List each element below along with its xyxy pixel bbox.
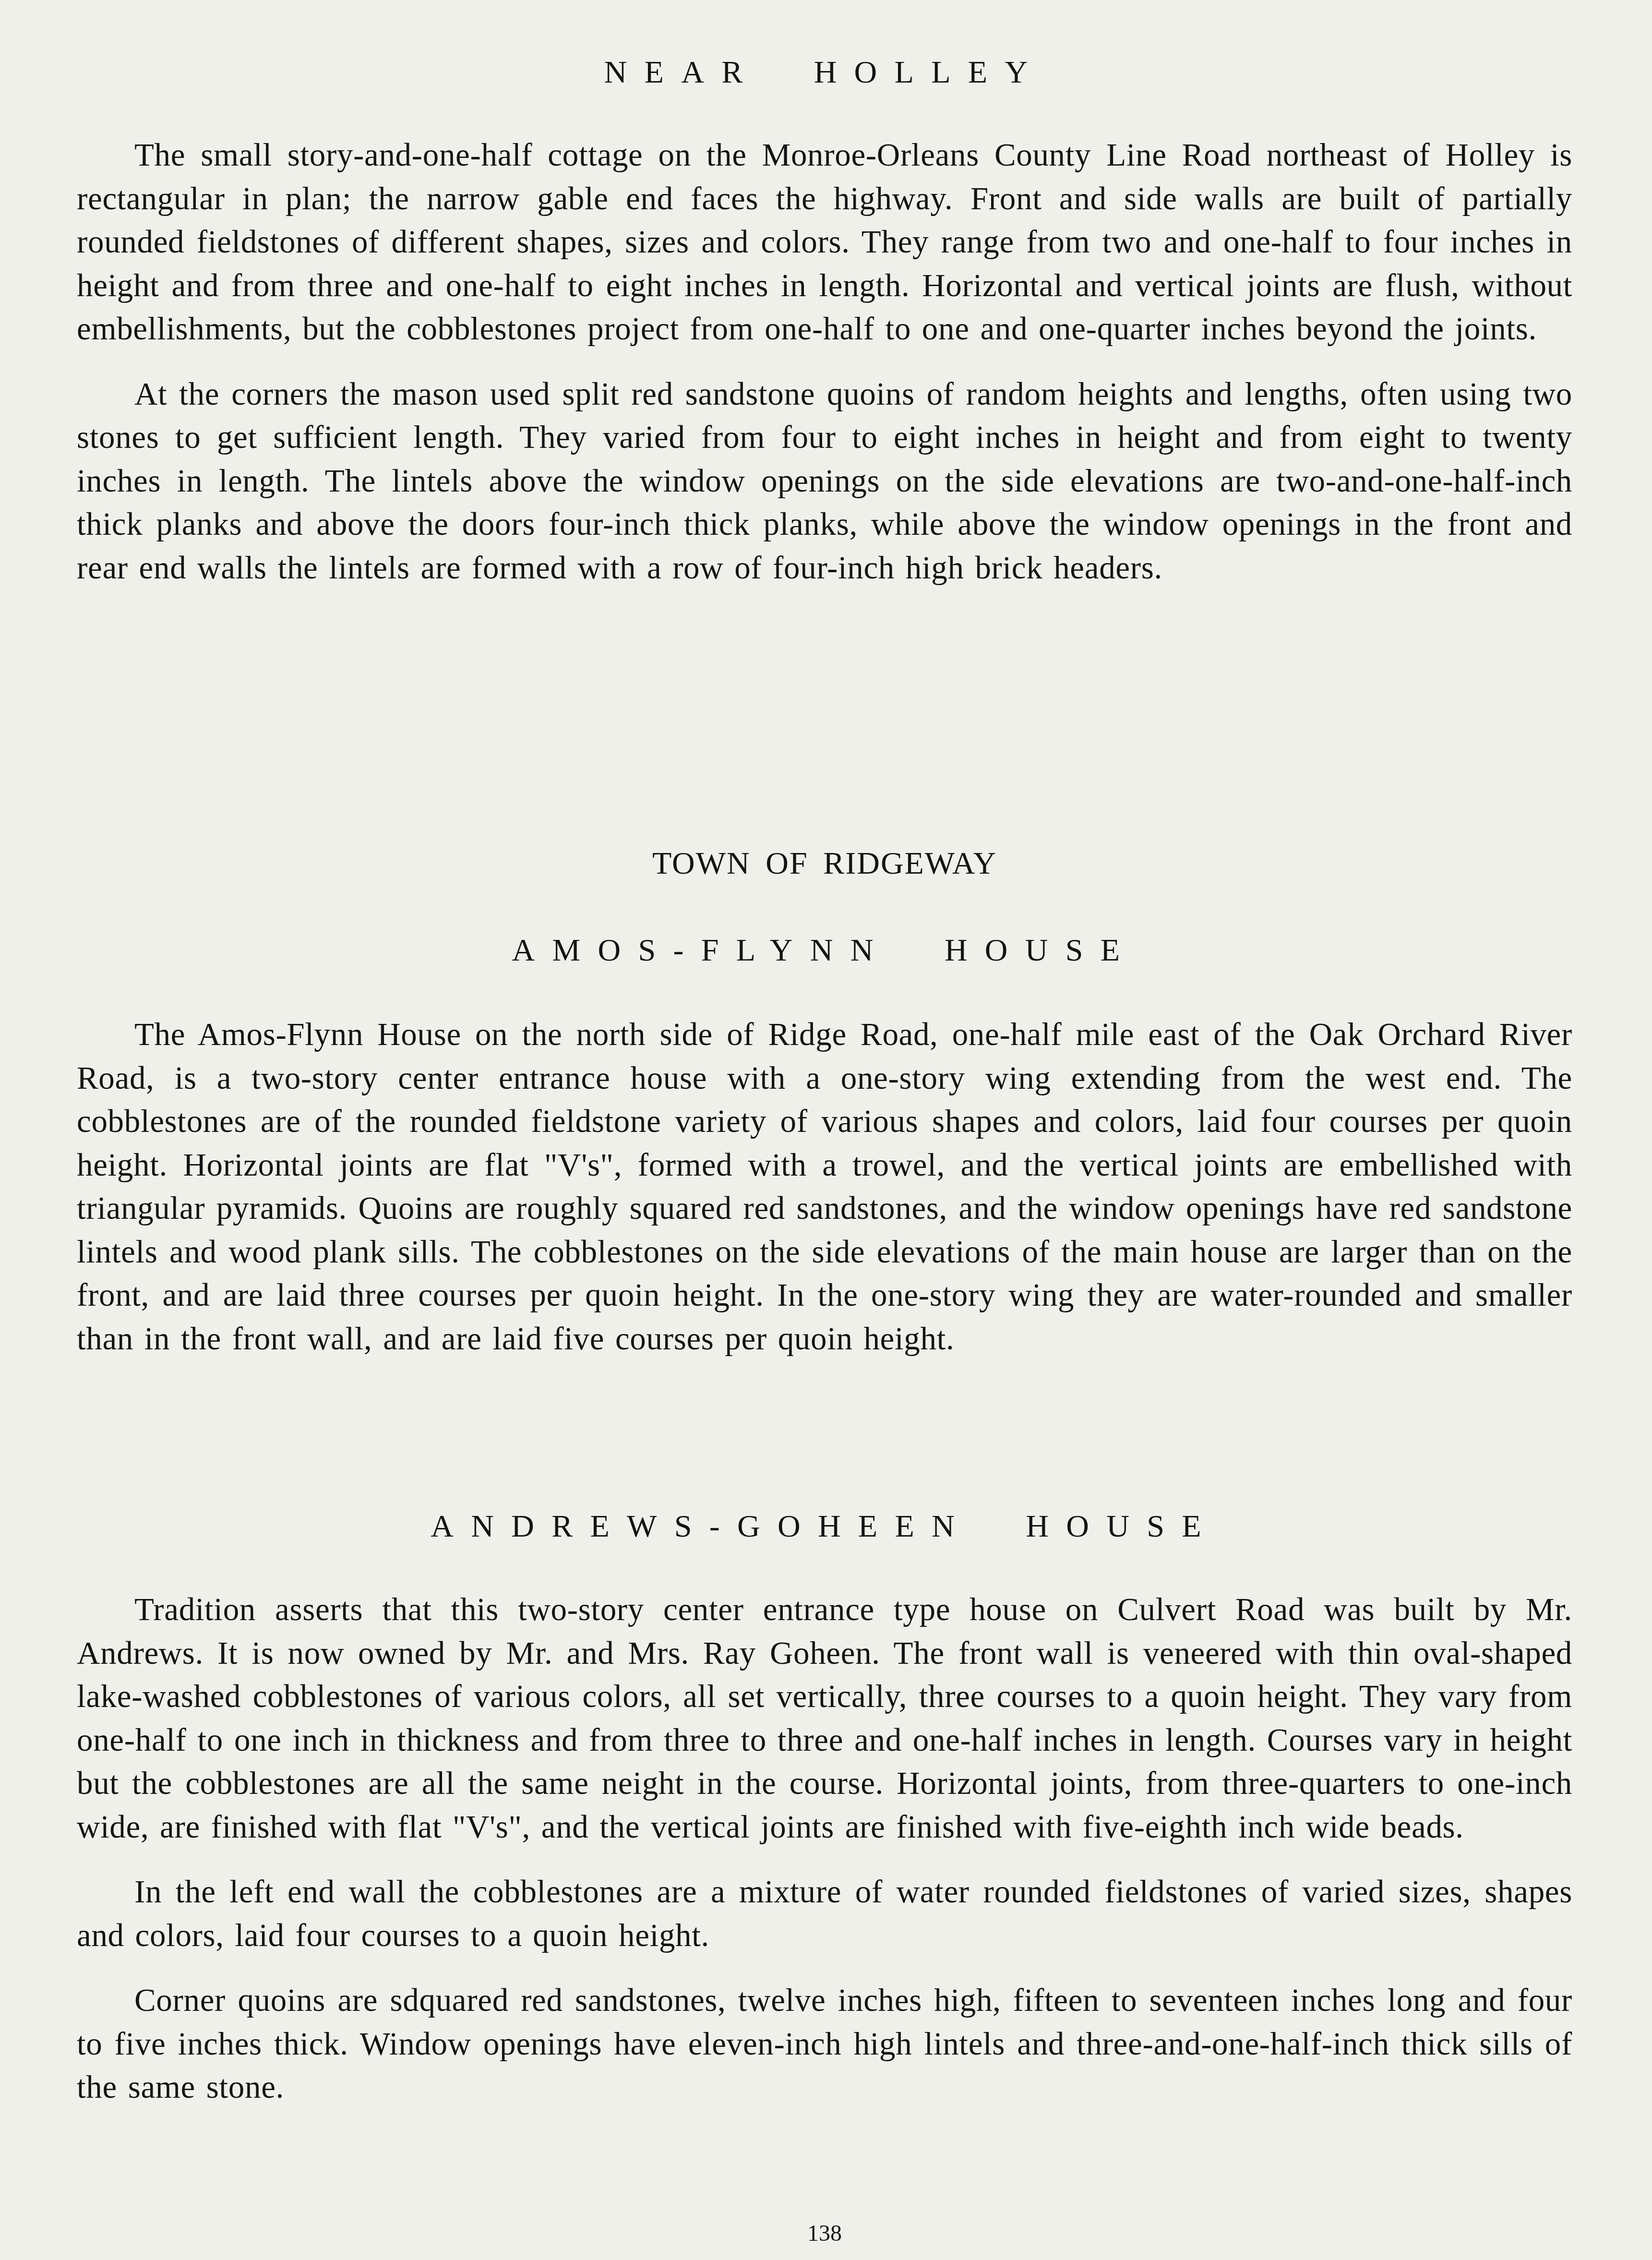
section-heading-andrews-goheen: ANDREWS-GOHEEN HOUSE <box>77 1511 1572 1542</box>
paragraph: At the corners the mason used split red … <box>77 373 1572 590</box>
section-amos-flynn: The Amos-Flynn House on the north side o… <box>77 1013 1572 1360</box>
paragraph: Corner quoins are sdquared red sandstone… <box>77 1979 1572 2109</box>
section-near-holley: The small story-and-one-half cottage on … <box>77 133 1572 589</box>
paragraph: The small story-and-one-half cottage on … <box>77 133 1572 351</box>
section-heading-near-holley: NEAR HOLLEY <box>77 57 1572 88</box>
section-andrews-goheen: Tradition asserts that this two-story ce… <box>77 1588 1572 2109</box>
paragraph: Tradition asserts that this two-story ce… <box>77 1588 1572 1849</box>
paragraph: The Amos-Flynn House on the north side o… <box>77 1013 1572 1360</box>
section-heading-amos-flynn: AMOS-FLYNN HOUSE <box>77 935 1572 966</box>
town-heading: TOWN OF RIDGEWAY <box>77 848 1572 879</box>
document-page: NEAR HOLLEY The small story-and-one-half… <box>77 0 1572 2260</box>
paragraph: In the left end wall the cobblestones ar… <box>77 1870 1572 1957</box>
page-number: 138 <box>77 2220 1572 2247</box>
